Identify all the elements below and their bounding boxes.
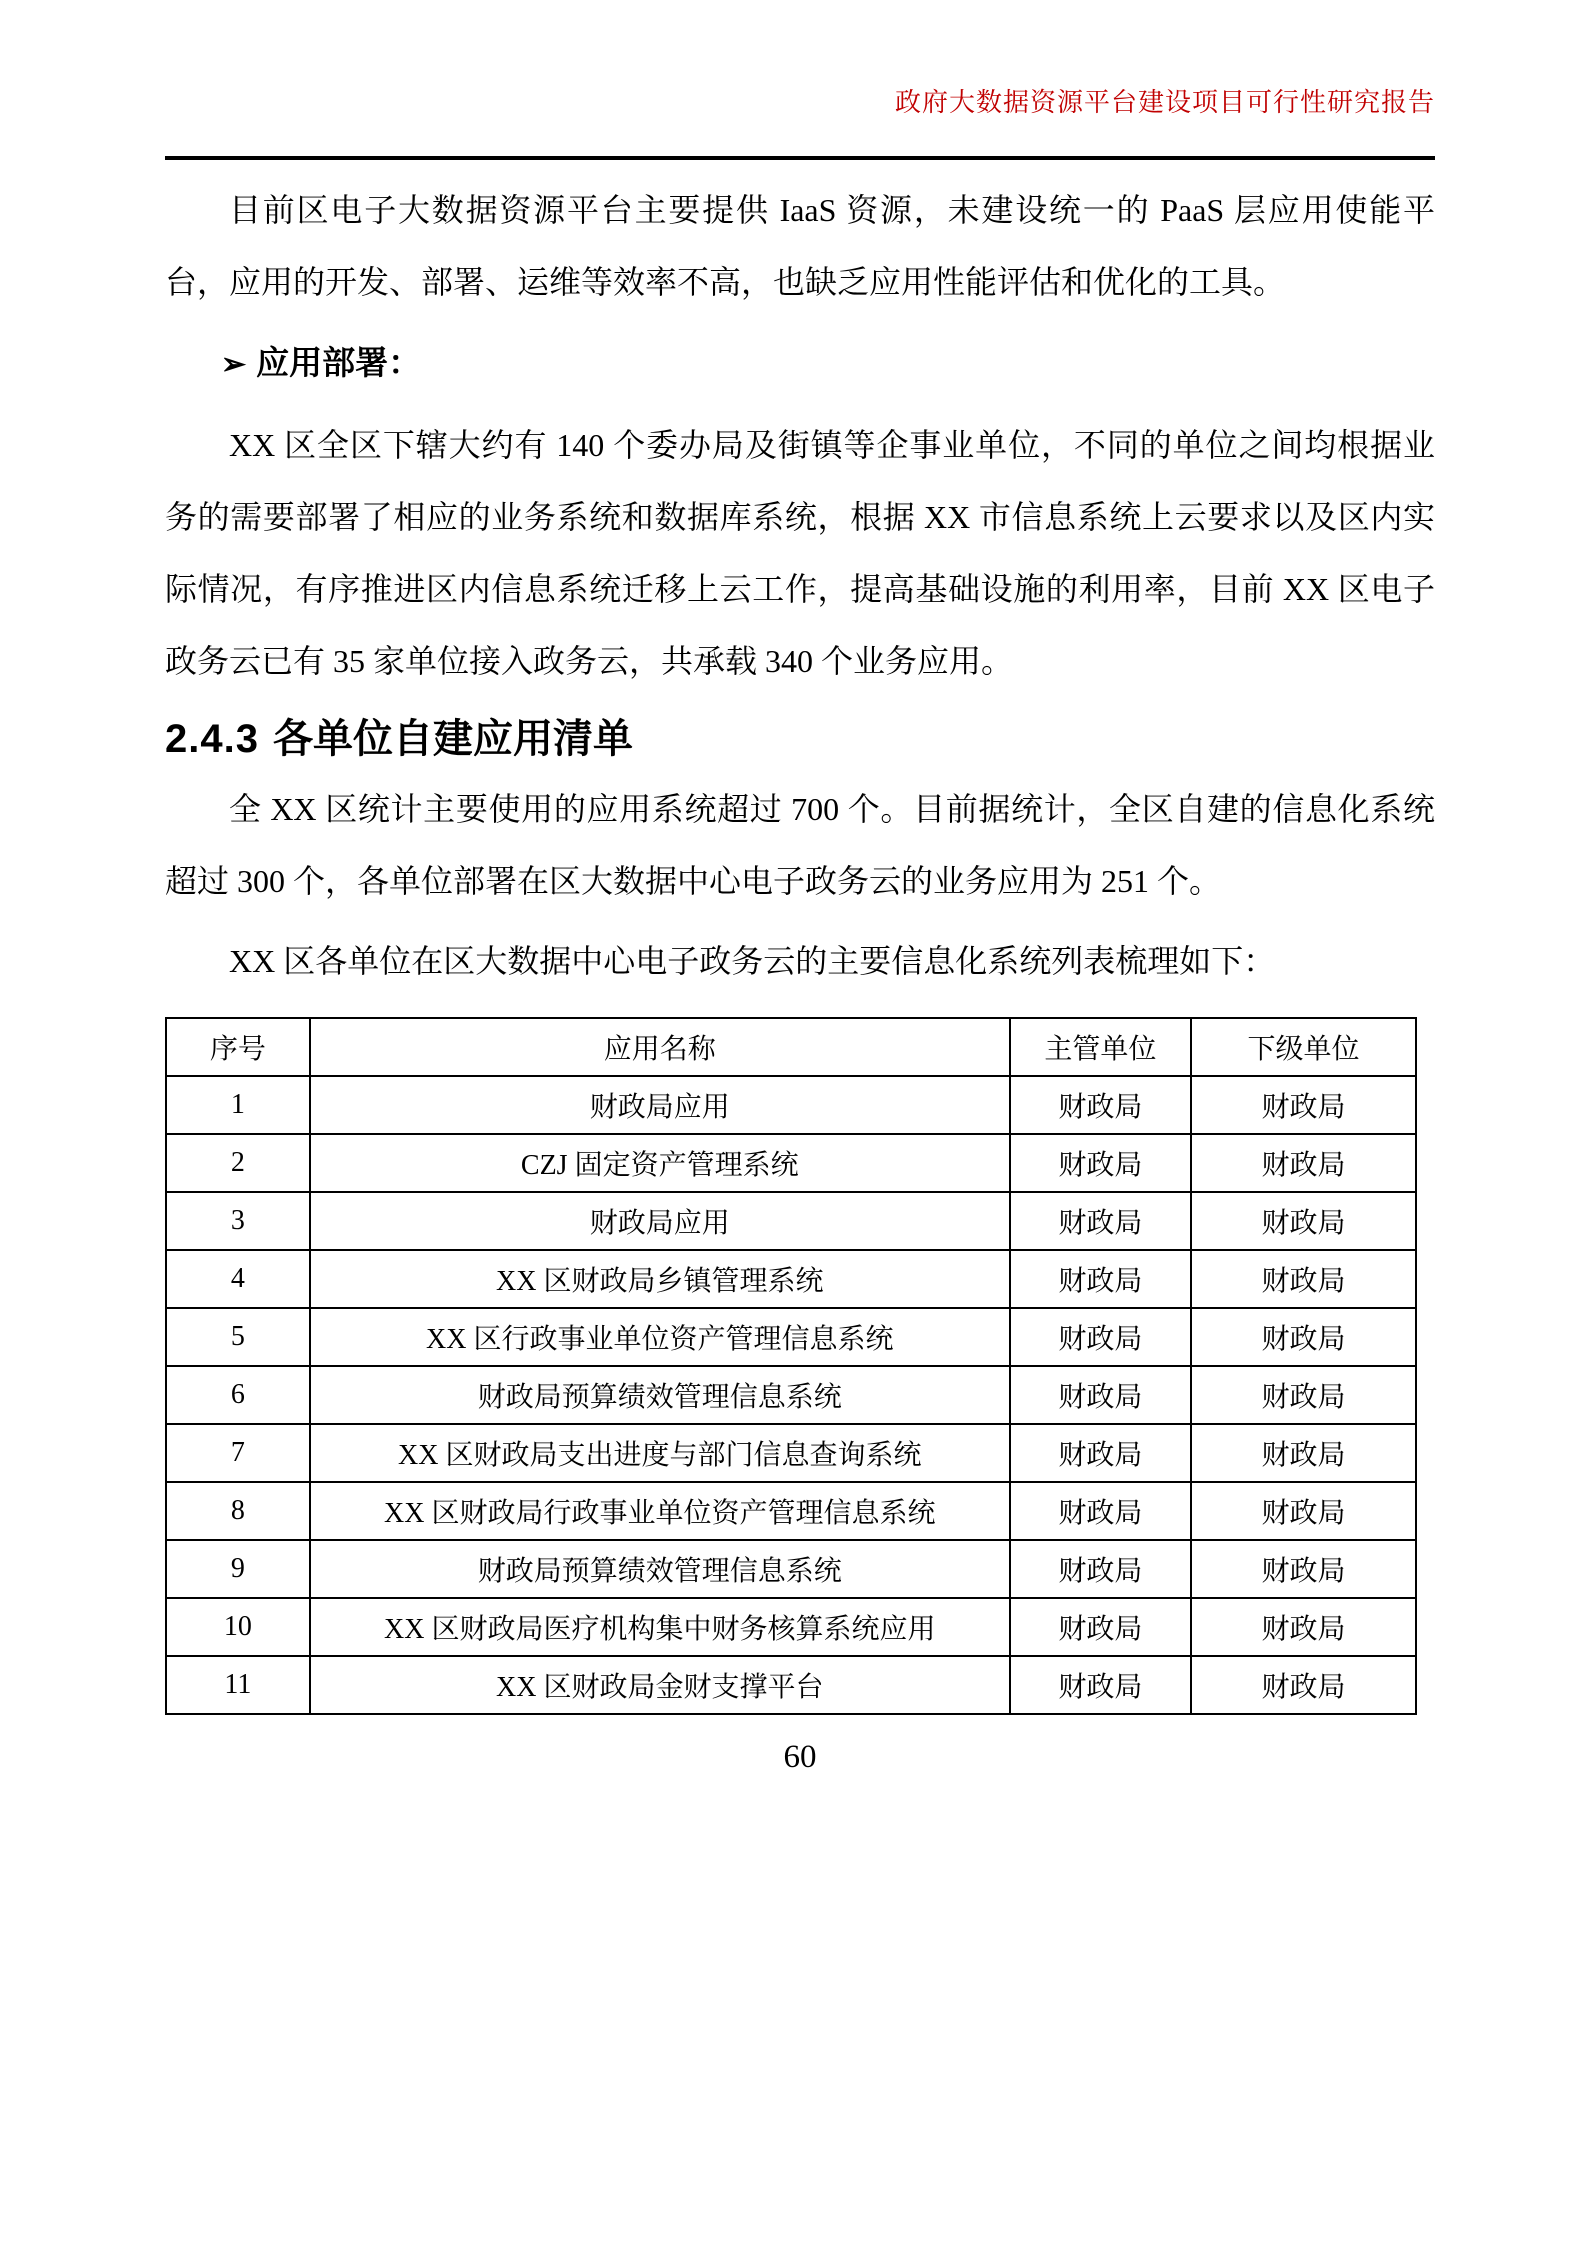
cell-index: 4 bbox=[166, 1250, 310, 1308]
cell-app-name: 财政局应用 bbox=[310, 1192, 1010, 1250]
table-body: 1财政局应用财政局财政局2CZJ 固定资产管理系统财政局财政局3财政局应用财政局… bbox=[166, 1076, 1416, 1714]
paragraph-platform-status: 目前区电子大数据资源平台主要提供 IaaS 资源，未建设统一的 PaaS 层应用… bbox=[165, 174, 1435, 318]
cell-app-name: CZJ 固定资产管理系统 bbox=[310, 1134, 1010, 1192]
cell-app-name: XX 区财政局支出进度与部门信息查询系统 bbox=[310, 1424, 1010, 1482]
section-heading-243: 2.4.3各单位自建应用清单 bbox=[165, 715, 1435, 763]
cell-primary-unit: 财政局 bbox=[1010, 1308, 1191, 1366]
cell-index: 8 bbox=[166, 1482, 310, 1540]
cell-index: 11 bbox=[166, 1656, 310, 1714]
cell-index: 5 bbox=[166, 1308, 310, 1366]
cell-sub-unit: 财政局 bbox=[1191, 1540, 1416, 1598]
cell-app-name: XX 区行政事业单位资产管理信息系统 bbox=[310, 1308, 1010, 1366]
header-rule bbox=[165, 156, 1435, 160]
cell-primary-unit: 财政局 bbox=[1010, 1250, 1191, 1308]
column-header: 下级单位 bbox=[1191, 1018, 1416, 1076]
cell-app-name: XX 区财政局乡镇管理系统 bbox=[310, 1250, 1010, 1308]
table-row: 7XX 区财政局支出进度与部门信息查询系统财政局财政局 bbox=[166, 1424, 1416, 1482]
bullet-label: 应用部署： bbox=[256, 346, 421, 382]
cell-sub-unit: 财政局 bbox=[1191, 1598, 1416, 1656]
cell-primary-unit: 财政局 bbox=[1010, 1482, 1191, 1540]
table-row: 1财政局应用财政局财政局 bbox=[166, 1076, 1416, 1134]
table-row: 5XX 区行政事业单位资产管理信息系统财政局财政局 bbox=[166, 1308, 1416, 1366]
cell-index: 9 bbox=[166, 1540, 310, 1598]
cell-app-name: 财政局预算绩效管理信息系统 bbox=[310, 1366, 1010, 1424]
cell-index: 10 bbox=[166, 1598, 310, 1656]
cell-primary-unit: 财政局 bbox=[1010, 1192, 1191, 1250]
table-row: 2CZJ 固定资产管理系统财政局财政局 bbox=[166, 1134, 1416, 1192]
cell-sub-unit: 财政局 bbox=[1191, 1134, 1416, 1192]
cell-app-name: 财政局应用 bbox=[310, 1076, 1010, 1134]
cell-index: 7 bbox=[166, 1424, 310, 1482]
cell-app-name: XX 区财政局金财支撑平台 bbox=[310, 1656, 1010, 1714]
cell-primary-unit: 财政局 bbox=[1010, 1656, 1191, 1714]
cell-primary-unit: 财政局 bbox=[1010, 1366, 1191, 1424]
cell-primary-unit: 财政局 bbox=[1010, 1134, 1191, 1192]
cell-primary-unit: 财政局 bbox=[1010, 1540, 1191, 1598]
table-row: 6财政局预算绩效管理信息系统财政局财政局 bbox=[166, 1366, 1416, 1424]
cell-sub-unit: 财政局 bbox=[1191, 1482, 1416, 1540]
table-row: 11XX 区财政局金财支撑平台财政局财政局 bbox=[166, 1656, 1416, 1714]
running-header-title: 政府大数据资源平台建设项目可行性研究报告 bbox=[165, 86, 1435, 120]
bullet-item-app-deployment: ➢应用部署： bbox=[165, 328, 1435, 401]
applications-table: 序号应用名称主管单位下级单位 1财政局应用财政局财政局2CZJ 固定资产管理系统… bbox=[165, 1017, 1417, 1715]
table-row: 4XX 区财政局乡镇管理系统财政局财政局 bbox=[166, 1250, 1416, 1308]
cell-index: 2 bbox=[166, 1134, 310, 1192]
paragraph-app-deployment: XX 区全区下辖大约有 140 个委办局及街镇等企事业单位，不同的单位之间均根据… bbox=[165, 409, 1435, 697]
cell-sub-unit: 财政局 bbox=[1191, 1192, 1416, 1250]
table-row: 9财政局预算绩效管理信息系统财政局财政局 bbox=[166, 1540, 1416, 1598]
page-number: 60 bbox=[165, 1739, 1435, 1776]
table-header-row: 序号应用名称主管单位下级单位 bbox=[166, 1018, 1416, 1076]
cell-sub-unit: 财政局 bbox=[1191, 1656, 1416, 1714]
table-row: 3财政局应用财政局财政局 bbox=[166, 1192, 1416, 1250]
column-header: 应用名称 bbox=[310, 1018, 1010, 1076]
cell-index: 1 bbox=[166, 1076, 310, 1134]
column-header: 主管单位 bbox=[1010, 1018, 1191, 1076]
table-row: 8XX 区财政局行政事业单位资产管理信息系统财政局财政局 bbox=[166, 1482, 1416, 1540]
cell-index: 3 bbox=[166, 1192, 310, 1250]
cell-app-name: 财政局预算绩效管理信息系统 bbox=[310, 1540, 1010, 1598]
column-header: 序号 bbox=[166, 1018, 310, 1076]
cell-app-name: XX 区财政局行政事业单位资产管理信息系统 bbox=[310, 1482, 1010, 1540]
cell-app-name: XX 区财政局医疗机构集中财务核算系统应用 bbox=[310, 1598, 1010, 1656]
cell-primary-unit: 财政局 bbox=[1010, 1076, 1191, 1134]
paragraph-table-intro: XX 区各单位在区大数据中心电子政务云的主要信息化系统列表梳理如下： bbox=[165, 925, 1435, 997]
section-heading-text: 各单位自建应用清单 bbox=[273, 716, 633, 761]
cell-sub-unit: 财政局 bbox=[1191, 1076, 1416, 1134]
cell-sub-unit: 财政局 bbox=[1191, 1424, 1416, 1482]
cell-sub-unit: 财政局 bbox=[1191, 1366, 1416, 1424]
document-page: 政府大数据资源平台建设项目可行性研究报告 目前区电子大数据资源平台主要提供 Ia… bbox=[0, 0, 1587, 1776]
section-heading-number: 2.4.3 bbox=[165, 717, 259, 761]
cell-index: 6 bbox=[166, 1366, 310, 1424]
cell-sub-unit: 财政局 bbox=[1191, 1250, 1416, 1308]
cell-primary-unit: 财政局 bbox=[1010, 1424, 1191, 1482]
paragraph-app-statistics: 全 XX 区统计主要使用的应用系统超过 700 个。目前据统计，全区自建的信息化… bbox=[165, 773, 1435, 917]
table-row: 10XX 区财政局医疗机构集中财务核算系统应用财政局财政局 bbox=[166, 1598, 1416, 1656]
cell-primary-unit: 财政局 bbox=[1010, 1598, 1191, 1656]
cell-sub-unit: 财政局 bbox=[1191, 1308, 1416, 1366]
arrow-bullet-icon: ➢ bbox=[221, 348, 246, 381]
